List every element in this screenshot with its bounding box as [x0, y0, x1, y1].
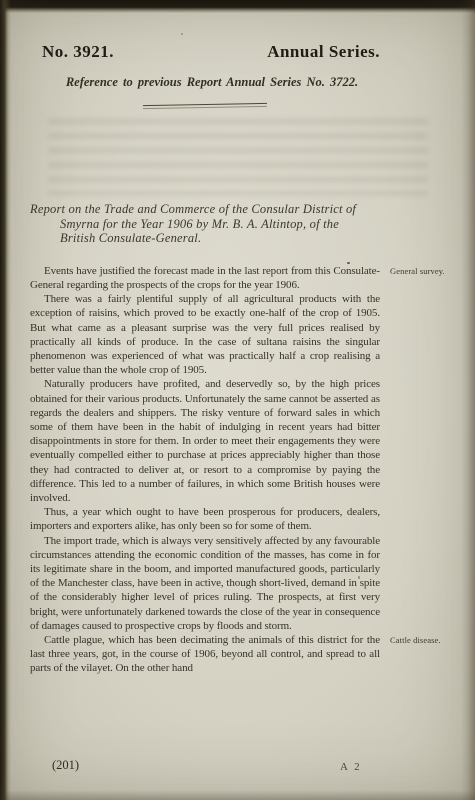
report-title: Report on the Trade and Commerce of the … — [30, 202, 380, 246]
divider-rule — [143, 103, 267, 109]
photo-edge-left — [0, 0, 11, 800]
photo-edge-right — [461, 0, 475, 800]
signature-mark: A 2 — [340, 761, 362, 773]
document-page-photo: No. 3921. Annual Series. Reference to pr… — [0, 0, 475, 800]
paragraph-prosperous-year: Thus, a year which ought to have been pr… — [30, 505, 380, 533]
paragraph-general-survey: General survey. Events have justified th… — [30, 264, 380, 292]
photo-edge-top — [0, 0, 475, 13]
paragraph-text: There was a fairly plentiful supply of a… — [30, 292, 380, 377]
paragraph-text: Events have justified the forecast made … — [30, 264, 380, 292]
masthead: No. 3921. Annual Series. — [30, 42, 380, 62]
paragraph-text: Cattle plague, which has been decimating… — [30, 633, 380, 676]
paragraph-import-trade: The import trade, which is always very s… — [30, 534, 380, 633]
reference-line: Reference to previous Report Annual Seri… — [44, 75, 380, 90]
series-label: Annual Series. — [267, 42, 380, 62]
report-number: No. 3921. — [42, 42, 114, 62]
title-line: British Consulate-General. — [60, 231, 380, 246]
paragraph-crop-supply: There was a fairly plentiful supply of a… — [30, 292, 380, 377]
paragraph-text: Thus, a year which ought to have been pr… — [30, 505, 380, 533]
paragraph-text: Naturally producers have profited, and d… — [30, 377, 380, 505]
margin-note-cattle-disease: Cattle disease. — [390, 635, 441, 646]
page-number: (201) — [52, 758, 79, 773]
paragraph-text: The import trade, which is always very s… — [30, 534, 380, 633]
paragraph-producers-dealers: Naturally producers have profited, and d… — [30, 377, 380, 505]
title-line: Smyrna for the Year 1906 by Mr. B. A. Al… — [60, 217, 380, 232]
photo-edge-bottom — [0, 790, 475, 800]
report-body: General survey. Events have justified th… — [30, 264, 380, 676]
margin-note-general-survey: General survey. — [390, 266, 446, 277]
paragraph-cattle-plague: Cattle disease. Cattle plague, which has… — [30, 633, 380, 676]
title-line: Report on the Trade and Commerce of the … — [30, 202, 380, 217]
page-content: No. 3921. Annual Series. Reference to pr… — [30, 0, 380, 676]
